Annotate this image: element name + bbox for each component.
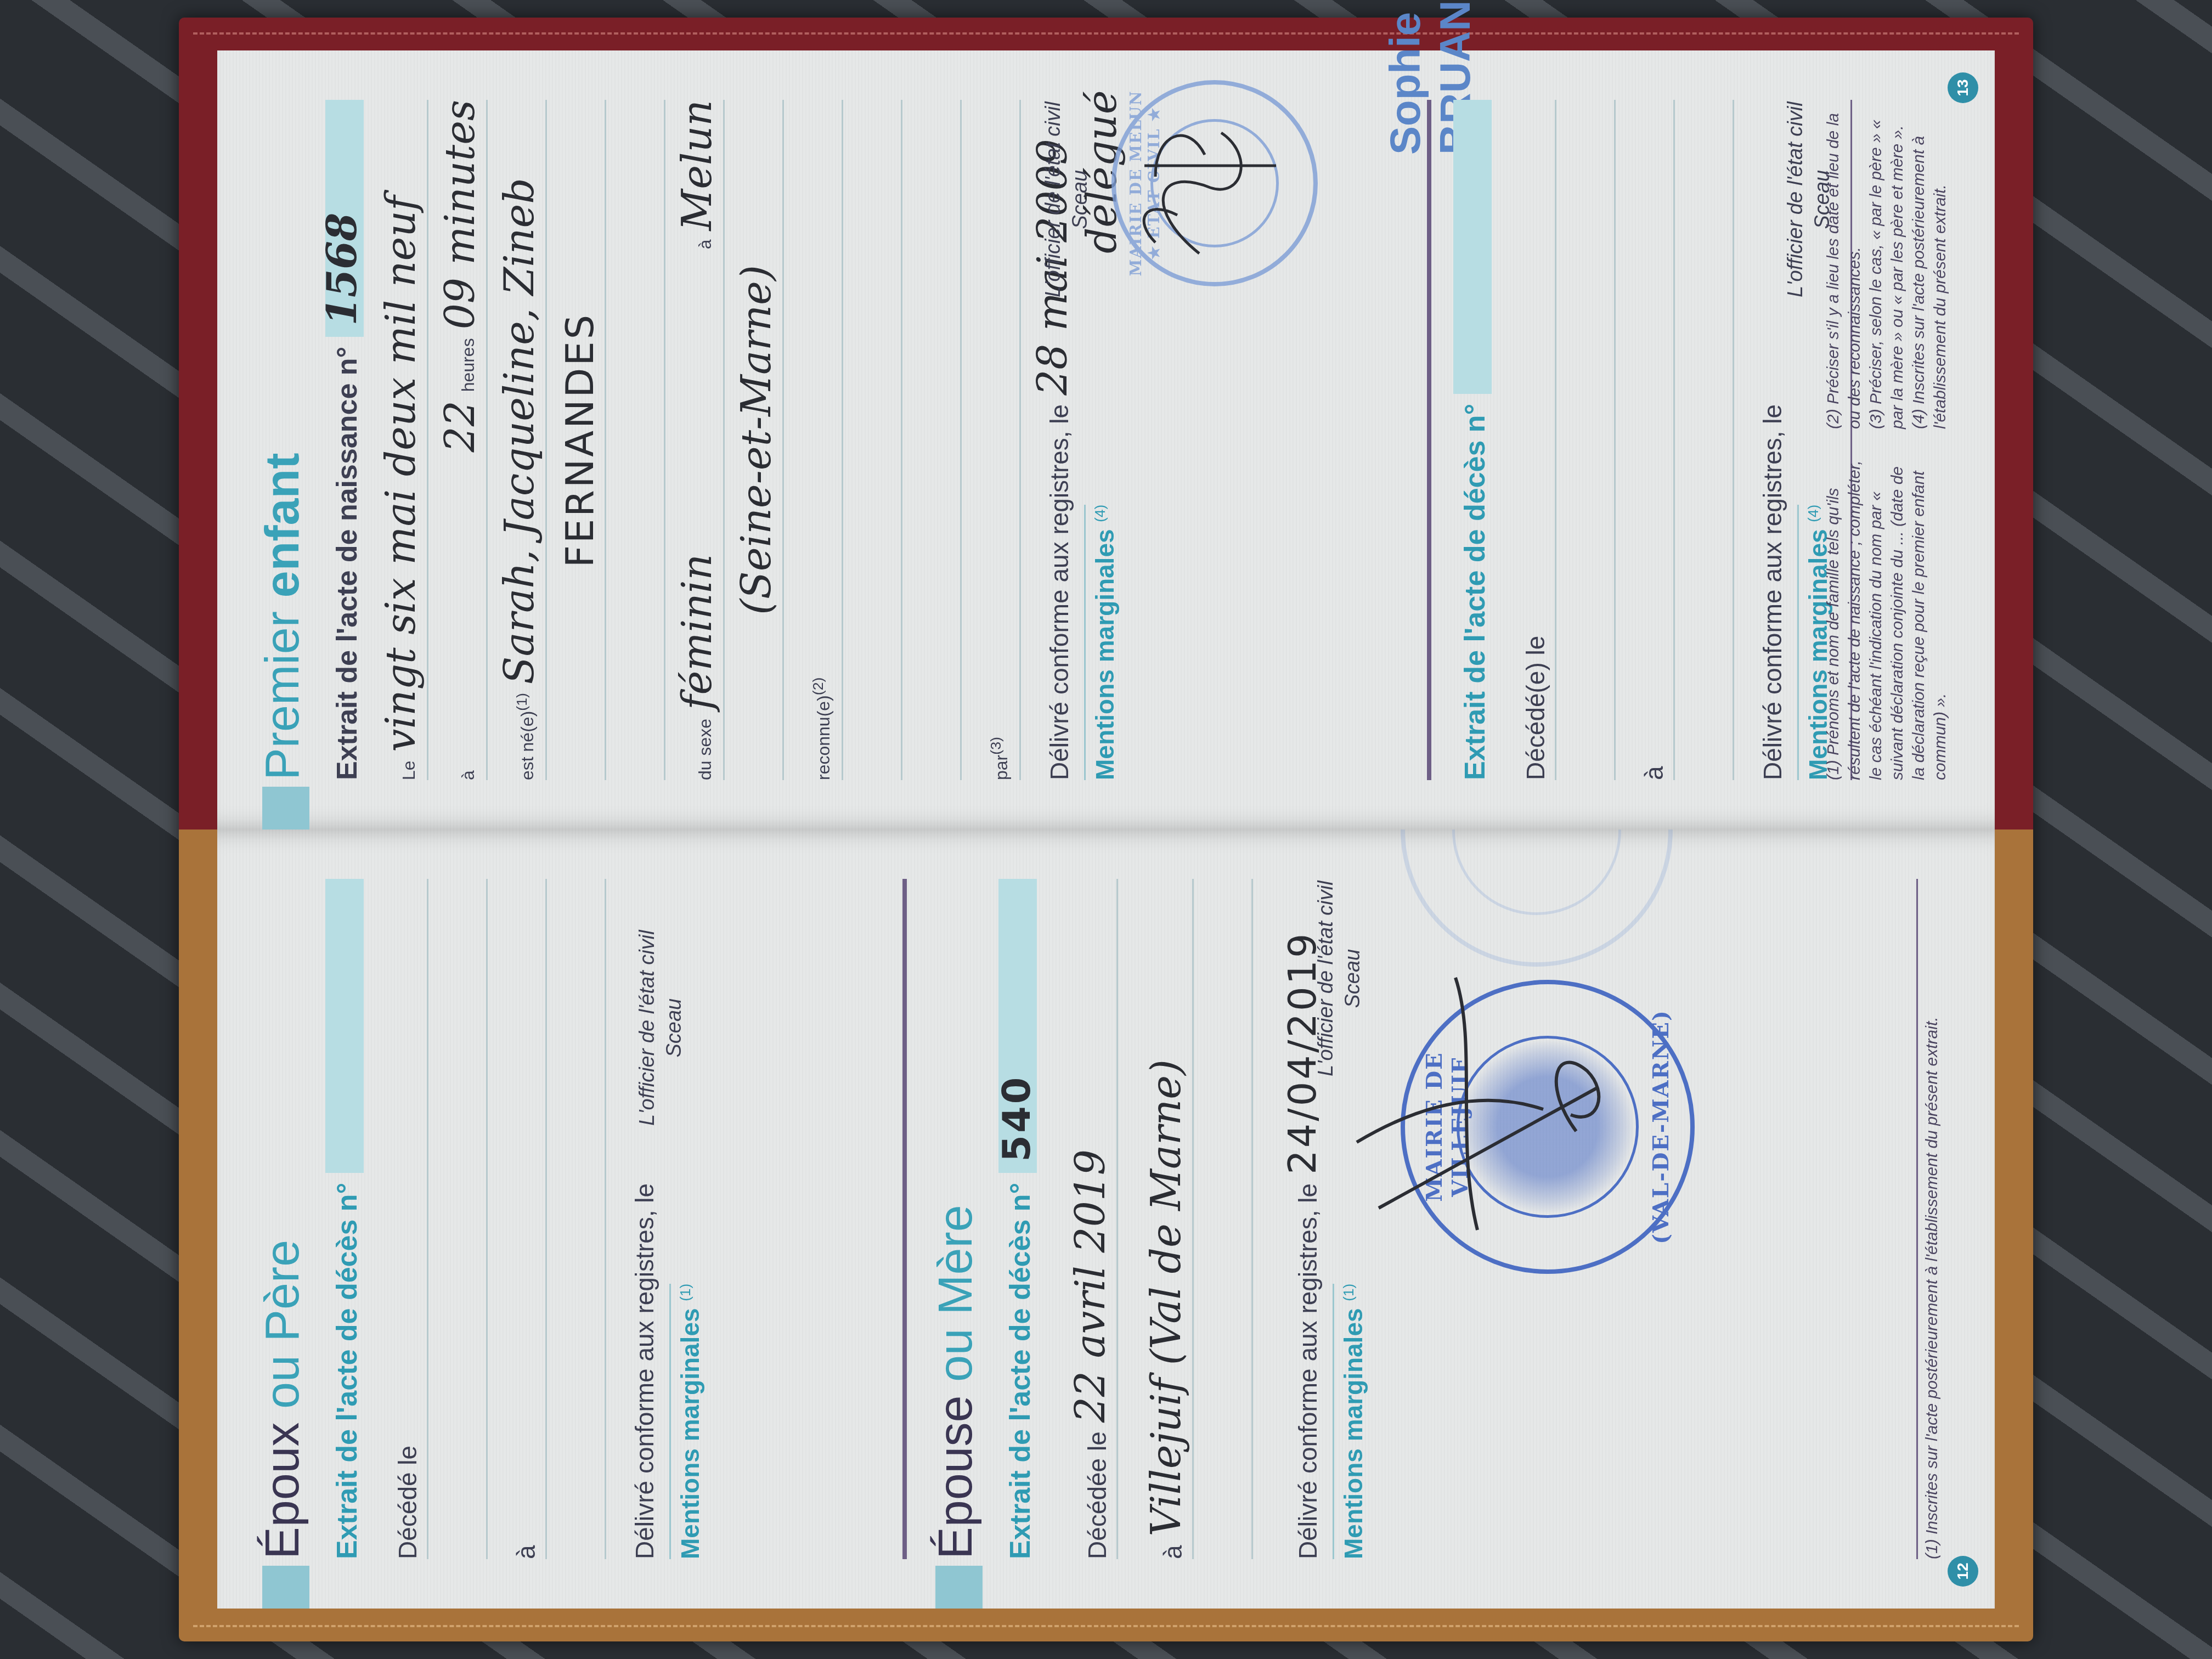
number-band: 540 xyxy=(998,879,1037,1173)
family-booklet: Époux ou Père Extrait de l'acte de décès… xyxy=(179,18,2033,1641)
section-title-epouse: Épouse ou Mère xyxy=(929,879,982,1609)
section-title-epoux: Époux ou Père xyxy=(256,879,309,1609)
footnote: (1) Inscrites sur l'acte postérieurement… xyxy=(1921,879,1943,1559)
blank-line xyxy=(1675,100,1734,780)
section-epouse: Épouse ou Mère Extrait de l'acte de décè… xyxy=(929,879,1785,1559)
blank-line xyxy=(428,879,488,1559)
last-name-row: FERNANDES xyxy=(547,100,606,780)
deceased-place-row: à xyxy=(488,879,547,1559)
section-premier-enfant: Premier enfant Extrait de l'acte de nais… xyxy=(256,100,1405,780)
first-names-row: est né(e)(1) Sarah, Jacqueline, Zineb xyxy=(488,100,547,780)
section-deces-enfant: Extrait de l'acte de décès n° Décédé(e) … xyxy=(1453,100,1833,780)
recognized-row: reconnu(e)(2) xyxy=(784,100,843,780)
footnote: (4) Inscrites sur l'acte postérieurement… xyxy=(1908,100,1951,429)
birth-time-row: à 22 heures 09 minutes xyxy=(428,100,488,780)
footnote-divider xyxy=(1916,879,1918,1559)
page-right: Premier enfant Extrait de l'acte de nais… xyxy=(217,50,1995,830)
blank-line xyxy=(606,100,665,780)
signature-icon xyxy=(1313,945,1620,1252)
blank-line xyxy=(843,100,902,780)
section-title-premier-enfant: Premier enfant xyxy=(256,100,309,830)
page-number-badge: 12 xyxy=(1948,1556,1978,1587)
number-band xyxy=(1453,100,1492,394)
deceased-date-row: Décédé(e) le xyxy=(1497,100,1556,780)
blank-line xyxy=(547,879,606,1559)
blank-line xyxy=(1194,879,1253,1559)
margin-notes-label: Mentions marginales (4) xyxy=(1084,505,1120,780)
section-epoux: Époux ou Père Extrait de l'acte de décès… xyxy=(256,879,881,1559)
page-spread: Époux ou Père Extrait de l'acte de décès… xyxy=(217,50,1995,1609)
number-band: 1568 xyxy=(325,100,364,337)
margin-notes-label: Mentions marginales (1) xyxy=(669,1284,705,1559)
deceased-place-row: à Villejuif (Val de Marne) xyxy=(1118,879,1194,1559)
birth-extract-number-field: Extrait de l'acte de naissance n° 1568 xyxy=(325,100,364,780)
title-tab-marker xyxy=(935,1566,983,1609)
deceased-date-row: Décédée le 22 avril 2019 xyxy=(1042,879,1118,1559)
death-extract-number-field: Extrait de l'acte de décès n° xyxy=(325,879,364,1559)
officer-signature-block: L'officier de l'état civil Sceau xyxy=(634,930,689,1126)
page-left: Époux ou Père Extrait de l'acte de décès… xyxy=(217,830,1995,1609)
section-divider xyxy=(1427,100,1431,780)
birth-date-row: Le vingt six mai deux mil neuf xyxy=(369,100,428,780)
footnote: (2) Préciser s'il y a lieu les date et l… xyxy=(1822,100,1865,429)
deceased-date-row: Décédé le xyxy=(369,879,428,1559)
number-band xyxy=(325,879,364,1173)
blank-line xyxy=(902,100,962,780)
death-extract-number-field: Extrait de l'acte de décès n° xyxy=(1453,100,1492,780)
title-tab-marker xyxy=(262,1566,309,1609)
title-tab-marker xyxy=(262,787,309,830)
margin-notes-label: Mentions marginales (1) xyxy=(1333,1284,1368,1559)
deceased-place-row: à xyxy=(1616,100,1675,780)
footnote: (3) Préciser, selon le cas, « par le pèr… xyxy=(1865,100,1908,429)
by-row: par(3) xyxy=(962,100,1021,780)
signature-icon xyxy=(1122,100,1287,275)
footnote: (1) Prénoms et nom de famille tels qu'il… xyxy=(1822,451,1951,780)
section-divider xyxy=(902,879,907,1559)
blank-line xyxy=(1556,100,1616,780)
page-number-badge: 13 xyxy=(1948,72,1978,103)
birth-department-row: (Seine-et-Marne) xyxy=(725,100,784,780)
sex-birthplace-row: du sexe féminin à Melun xyxy=(665,100,725,780)
death-extract-number-field: Extrait de l'acte de décès n° 540 xyxy=(998,879,1037,1559)
footnotes: (1) Prénoms et nom de famille tels qu'il… xyxy=(1822,100,1951,780)
